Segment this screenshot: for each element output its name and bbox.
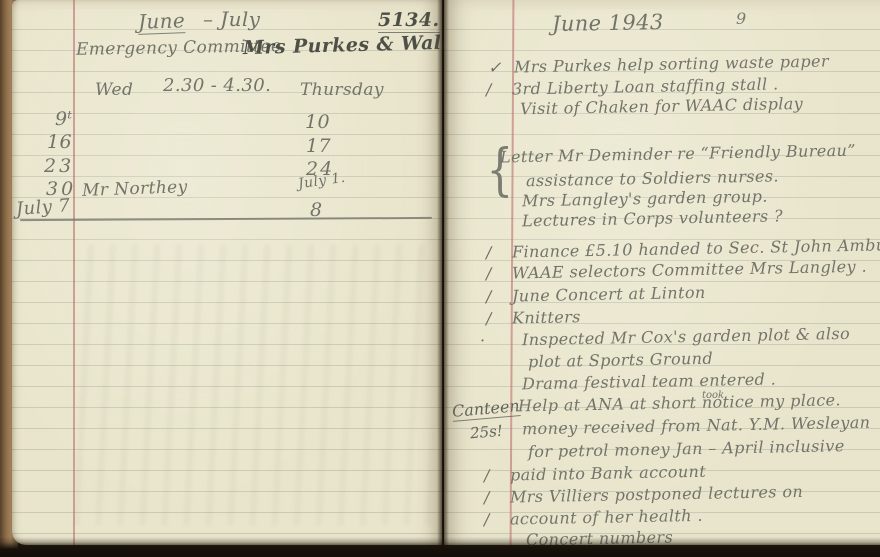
weekday-2: Thursday xyxy=(300,82,384,99)
left-page-margin-line xyxy=(73,0,75,545)
weekday-1: Wed xyxy=(95,82,133,99)
tick-mark: ✓ xyxy=(488,58,514,77)
entry-text: account of her health . xyxy=(510,506,703,529)
tick-mark: / xyxy=(486,264,512,283)
page-number: 9 xyxy=(736,9,746,28)
date-left-1: 16 xyxy=(47,133,72,152)
date-left-4: July 7 xyxy=(15,197,70,219)
month-title-june: June xyxy=(138,10,186,35)
tick-mark: / xyxy=(486,80,512,99)
date-right-1: 17 xyxy=(306,137,331,156)
page-code: 5134. xyxy=(378,11,440,33)
page-bottom-shadow xyxy=(0,537,880,557)
binding-gutter xyxy=(437,0,449,557)
journal-entry: / Knitters xyxy=(486,307,581,328)
tick-mark: / xyxy=(486,287,512,306)
entry-text: June Concert at Linton xyxy=(512,283,706,306)
entry-text: Knitters xyxy=(512,307,581,327)
tick-mark: / xyxy=(484,466,510,485)
ink-show-through xyxy=(72,245,432,525)
notebook-scan: June – July 5134. Emergency Committee Mr… xyxy=(0,0,880,557)
tick-mark: / xyxy=(484,488,510,507)
date-right-0: 10 xyxy=(305,113,330,132)
date-note-3: Mr Northey xyxy=(82,179,188,200)
entry-text: plot at Sports Ground xyxy=(514,349,713,372)
entry-text: paid into Bank account xyxy=(510,462,706,485)
tick-mark: / xyxy=(486,243,512,262)
date-left-0: 9ᵗ xyxy=(55,110,73,129)
tick-mark: · xyxy=(480,331,506,350)
tick-mark: / xyxy=(484,510,510,529)
date-left-2: 23 xyxy=(44,157,74,176)
month-title-july: – July xyxy=(203,9,260,29)
meeting-time: 2.30 - 4.30. xyxy=(163,77,271,95)
tick-mark: / xyxy=(486,309,512,328)
page-header-date: June 1943 xyxy=(552,12,664,35)
